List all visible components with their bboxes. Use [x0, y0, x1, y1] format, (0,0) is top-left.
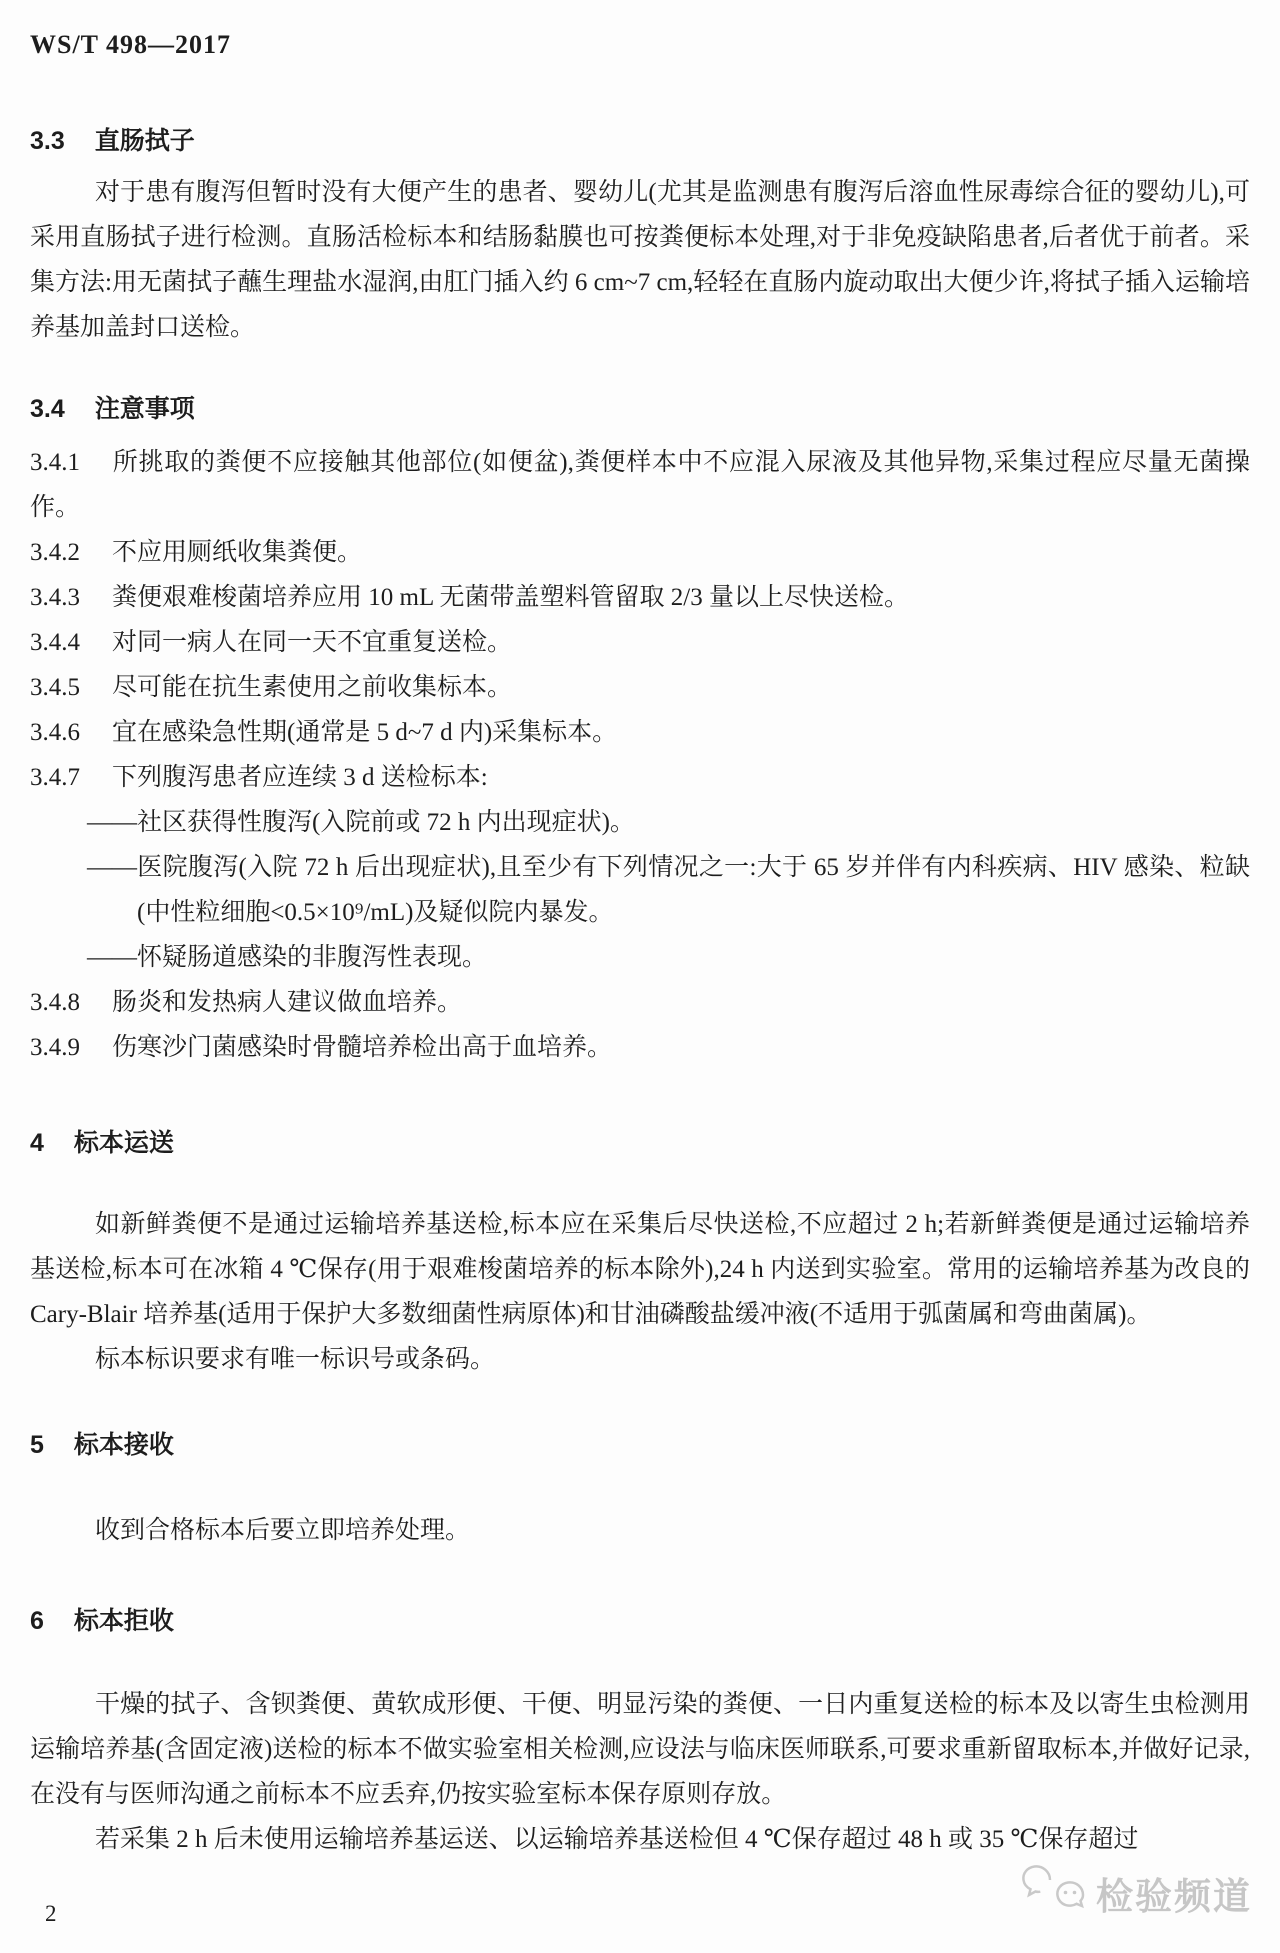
section-3-3-title: 直肠拭子 — [95, 127, 195, 155]
section-4-title: 标本运送 — [74, 1129, 174, 1157]
dash-list-item-2: ——医院腹泻(入院 72 h 后出现症状),且至少有下列情况之一:大于 65 岁… — [137, 845, 1250, 935]
clause-text: 尽可能在抗生素使用之前收集标本。 — [112, 674, 512, 701]
clause-3-4-2: 3.4.2不应用厕纸收集粪便。 — [30, 530, 1250, 575]
dash-list-item-1: ——社区获得性腹泻(入院前或 72 h 内出现症状)。 — [137, 800, 1250, 845]
clause-text: 不应用厕纸收集粪便。 — [112, 539, 362, 566]
clause-number: 3.4.1 — [30, 449, 80, 476]
clause-text: 伤寒沙门菌感染时骨髓培养检出高于血培养。 — [112, 1034, 612, 1061]
clause-3-4-3: 3.4.3粪便艰难梭菌培养应用 10 mL 无菌带盖塑料管留取 2/3 量以上尽… — [30, 575, 1250, 620]
rectal-swab-paragraph: 对于患有腹泻但暂时没有大便产生的患者、婴幼儿(尤其是监测患有腹泻后溶血性尿毒综合… — [30, 170, 1250, 350]
clause-3-4-9: 3.4.9伤寒沙门菌感染时骨髓培养检出高于血培养。 — [30, 1025, 1250, 1070]
clause-3-4-7: 3.4.7下列腹泻患者应连续 3 d 送检标本: — [30, 755, 1250, 800]
section-3-3-heading: 3.3直肠拭子 — [30, 118, 1250, 164]
section-3-3-number: 3.3 — [30, 127, 65, 155]
section-4-number: 4 — [30, 1129, 44, 1157]
clause-text: 宜在感染急性期(通常是 5 d~7 d 内)采集标本。 — [112, 719, 617, 746]
section-3-4-number: 3.4 — [30, 395, 65, 423]
clause-number: 3.4.5 — [30, 674, 80, 701]
clause-text: 下列腹泻患者应连续 3 d 送检标本: — [112, 764, 488, 791]
dash-list-item-3: ——怀疑肠道感染的非腹泻性表现。 — [137, 935, 1250, 980]
section-4-heading: 4标本运送 — [30, 1120, 1250, 1166]
clause-text: 对同一病人在同一天不宜重复送检。 — [112, 629, 512, 656]
rejection-paragraph-2: 若采集 2 h 后未使用运输培养基运送、以运输培养基送检但 4 ℃保存超过 48… — [30, 1817, 1250, 1862]
clause-text: 肠炎和发热病人建议做血培养。 — [112, 989, 462, 1016]
clause-text: 所挑取的粪便不应接触其他部位(如便盆),粪便样本中不应混入尿液及其他异物,采集过… — [30, 449, 1250, 521]
clause-number: 3.4.3 — [30, 584, 80, 611]
clause-number: 3.4.4 — [30, 629, 80, 656]
standard-number: WS/T 498—2017 — [30, 22, 1250, 68]
section-3-4-title: 注意事项 — [95, 395, 195, 423]
section-5-title: 标本接收 — [74, 1431, 174, 1459]
clause-3-4-1: 3.4.1所挑取的粪便不应接触其他部位(如便盆),粪便样本中不应混入尿液及其他异… — [30, 440, 1250, 530]
section-6-number: 6 — [30, 1607, 44, 1635]
clause-3-4-5: 3.4.5尽可能在抗生素使用之前收集标本。 — [30, 665, 1250, 710]
section-5-number: 5 — [30, 1431, 44, 1459]
clause-3-4-4: 3.4.4对同一病人在同一天不宜重复送检。 — [30, 620, 1250, 665]
specimen-label-paragraph: 标本标识要求有唯一标识号或条码。 — [30, 1337, 1250, 1382]
watermark: 检验频道 — [1020, 1862, 1252, 1931]
section-6-heading: 6标本拒收 — [30, 1598, 1250, 1644]
clause-3-4-8: 3.4.8肠炎和发热病人建议做血培养。 — [30, 980, 1250, 1025]
section-5-heading: 5标本接收 — [30, 1422, 1250, 1468]
clause-3-4-6: 3.4.6宜在感染急性期(通常是 5 d~7 d 内)采集标本。 — [30, 710, 1250, 755]
section-6-title: 标本拒收 — [74, 1607, 174, 1635]
document-page: WS/T 498—2017 3.3直肠拭子 对于患有腹泻但暂时没有大便产生的患者… — [0, 0, 1280, 1953]
page-number: 2 — [45, 1902, 57, 1925]
reception-paragraph: 收到合格标本后要立即培养处理。 — [30, 1508, 1250, 1553]
rejection-paragraph-1: 干燥的拭子、含钡粪便、黄软成形便、干便、明显污染的粪便、一日内重复送检的标本及以… — [30, 1682, 1250, 1817]
clause-number: 3.4.2 — [30, 539, 80, 566]
clause-number: 3.4.8 — [30, 989, 80, 1016]
clause-text: 粪便艰难梭菌培养应用 10 mL 无菌带盖塑料管留取 2/3 量以上尽快送检。 — [112, 584, 909, 611]
clause-number: 3.4.6 — [30, 719, 80, 746]
watermark-text: 检验频道 — [1096, 1874, 1252, 1919]
section-3-4-heading: 3.4注意事项 — [30, 386, 1250, 432]
clause-number: 3.4.9 — [30, 1034, 80, 1061]
clause-number: 3.4.7 — [30, 764, 80, 791]
chat-bubbles-icon — [1020, 1862, 1086, 1931]
transport-paragraph: 如新鲜粪便不是通过运输培养基送检,标本应在采集后尽快送检,不应超过 2 h;若新… — [30, 1202, 1250, 1337]
